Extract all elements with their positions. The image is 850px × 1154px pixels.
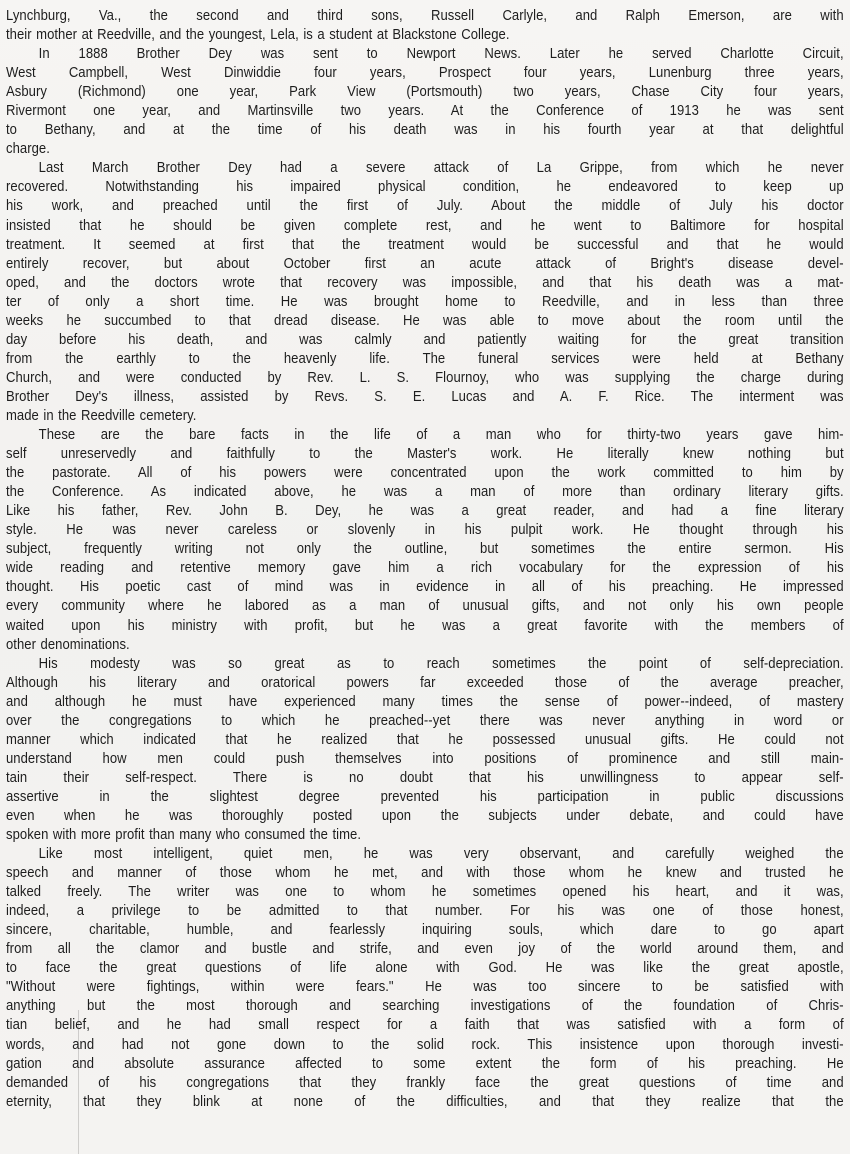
text-line: tian belief, and he had small respect fo… [6,1015,844,1034]
text-line: thought. His poetic cast of mind was in … [6,577,844,596]
document-page: Lynchburg, Va., the second and third son… [6,6,844,1111]
text-line: their mother at Reedville, and the young… [6,25,844,44]
text-line: Last March Brother Dey had a severe atta… [6,158,844,177]
text-line: insisted that he should be given complet… [6,216,844,235]
paper-fold-mark [78,1010,79,1154]
text-line: over the congregations to which he preac… [6,711,844,730]
text-line: other denominations. [6,635,844,654]
text-line: even when he was thoroughly posted upon … [6,806,844,825]
text-line: tain their self-respect. There is no dou… [6,768,844,787]
paragraph: Like most intelligent, quiet men, he was… [6,844,844,1111]
text-line: his work, and preached until the first o… [6,196,844,215]
text-line: Lynchburg, Va., the second and third son… [6,6,844,25]
text-line: the Conference. As indicated above, he w… [6,482,844,501]
text-line: speech and manner of those whom he met, … [6,863,844,882]
text-line: every community where he labored as a ma… [6,596,844,615]
text-line: recovered. Notwithstanding his impaired … [6,177,844,196]
text-line: and although he must have experienced ma… [6,692,844,711]
text-line: His modesty was so great as to reach som… [6,654,844,673]
text-line: made in the Reedville cemetery. [6,406,844,425]
text-line: demanded of his congregations that they … [6,1073,844,1092]
paragraph: These are the bare facts in the life of … [6,425,844,654]
text-line: entirely recover, but about October firs… [6,254,844,273]
text-line: to Bethany, and at the time of his death… [6,120,844,139]
text-line: Rivermont one year, and Martinsville two… [6,101,844,120]
text-line: day before his death, and was calmly and… [6,330,844,349]
text-line: self unreservedly and faithfully to the … [6,444,844,463]
text-line: Asbury (Richmond) one year, Park View (P… [6,82,844,101]
text-line: eternity, that they blink at none of the… [6,1092,844,1111]
text-line: weeks he succumbed to that dread disease… [6,311,844,330]
text-line: waited upon his ministry with profit, bu… [6,616,844,635]
text-line: "Without were fightings, within were fea… [6,977,844,996]
text-line: In 1888 Brother Dey was sent to Newport … [6,44,844,63]
text-line: Although his literary and oratorical pow… [6,673,844,692]
text-line: assertive in the slightest degree preven… [6,787,844,806]
paragraph: His modesty was so great as to reach som… [6,654,844,844]
text-line: West Campbell, West Dinwiddie four years… [6,63,844,82]
text-line: manner which indicated that he realized … [6,730,844,749]
text-line: Church, and were conducted by Rev. L. S.… [6,368,844,387]
text-line: anything but the most thorough and searc… [6,996,844,1015]
text-line: the pastorate. All of his powers were co… [6,463,844,482]
text-line: ter of only a short time. He was brought… [6,292,844,311]
text-line: treatment. It seemed at first that the t… [6,235,844,254]
text-line: subject, frequently writing not only the… [6,539,844,558]
paragraph: Last March Brother Dey had a severe atta… [6,158,844,425]
text-line: gation and absolute assurance affected t… [6,1054,844,1073]
text-line: These are the bare facts in the life of … [6,425,844,444]
text-line: indeed, a privilege to be admitted to th… [6,901,844,920]
text-line: words, and had not gone down to the soli… [6,1035,844,1054]
text-line: understand how men could push themselves… [6,749,844,768]
paragraph: Lynchburg, Va., the second and third son… [6,6,844,44]
text-line: spoken with more profit than many who co… [6,825,844,844]
text-line: from the earthly to the heavenly life. T… [6,349,844,368]
text-line: Brother Dey's illness, assisted by Revs.… [6,387,844,406]
paragraph: In 1888 Brother Dey was sent to Newport … [6,44,844,158]
text-line: style. He was never careless or slovenly… [6,520,844,539]
text-line: charge. [6,139,844,158]
text-line: oped, and the doctors wrote that recover… [6,273,844,292]
text-line: Like most intelligent, quiet men, he was… [6,844,844,863]
text-line: sincere, charitable, humble, and fearles… [6,920,844,939]
text-line: talked freely. The writer was one to who… [6,882,844,901]
text-line: wide reading and retentive memory gave h… [6,558,844,577]
text-line: Like his father, Rev. John B. Dey, he wa… [6,501,844,520]
text-line: from all the clamor and bustle and strif… [6,939,844,958]
text-line: to face the great questions of life alon… [6,958,844,977]
